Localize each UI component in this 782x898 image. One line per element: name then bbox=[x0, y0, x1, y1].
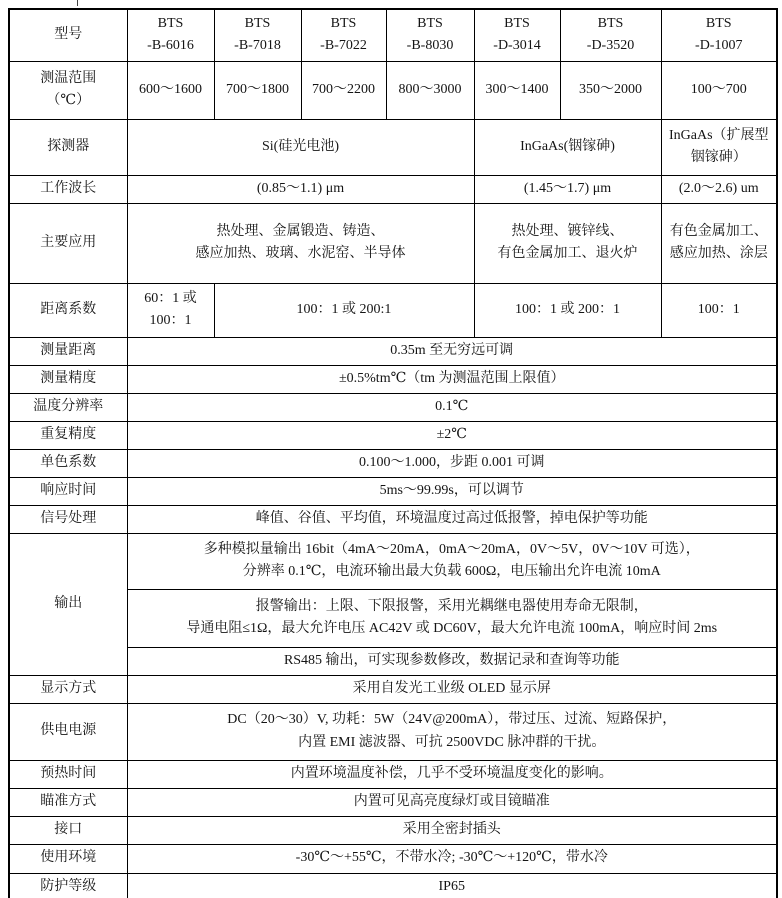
row-label-environment: 使用环境 bbox=[9, 844, 127, 873]
cell-range-d3014: 300～1400 bbox=[474, 61, 560, 119]
row-label-wavelength: 工作波长 bbox=[9, 175, 127, 203]
row-wavelength: 工作波长 (0.85～1.1) μm (1.45～1.7) μm (2.0～2.… bbox=[9, 175, 777, 203]
row-measure-distance: 测量距离 0.35m 至无穷远可调 bbox=[9, 337, 777, 365]
row-temp-range: 测温范围 （℃） 600～1600 700～1800 700～2200 800～… bbox=[9, 61, 777, 119]
cell-range-b7022: 700～2200 bbox=[301, 61, 386, 119]
cell-wavelength-d-ext: (2.0～2.6) um bbox=[661, 175, 777, 203]
row-environment: 使用环境 -30℃～+55℃，不带水冷; -30℃～+120℃，带水冷 bbox=[9, 844, 777, 873]
cell-range-b7018: 700～1800 bbox=[214, 61, 301, 119]
row-label-temp-range: 测温范围 （℃） bbox=[9, 61, 127, 119]
cell-detector-ingaas: InGaAs(铟镓砷) bbox=[474, 119, 661, 175]
cell-temp-resolution: 0.1℃ bbox=[127, 393, 777, 421]
cell-output-rs485: RS485 输出，可实现参数修改，数据记录和查询等功能 bbox=[127, 647, 777, 675]
row-label-distance-ratio: 距离系数 bbox=[9, 283, 127, 337]
cell-aiming-mode: 内置可见高亮度绿灯或目镜瞄准 bbox=[127, 788, 777, 816]
row-aiming-mode: 瞄准方式 内置可见高亮度绿灯或目镜瞄准 bbox=[9, 788, 777, 816]
row-label-emissivity: 单色系数 bbox=[9, 449, 127, 477]
row-label-detector: 探测器 bbox=[9, 119, 127, 175]
row-label-protection-rating: 防护等级 bbox=[9, 873, 127, 898]
row-label-accuracy: 测量精度 bbox=[9, 365, 127, 393]
row-model: 型号 BTS -B-6016 BTS -B-7018 BTS -B-7022 B… bbox=[9, 9, 777, 61]
cell-response-time: 5ms～99.99s，可以调节 bbox=[127, 477, 777, 505]
row-applications: 主要应用 热处理、金属锻造、铸造、 感应加热、玻璃、水泥窑、半导体 热处理、镀锌… bbox=[9, 203, 777, 283]
row-distance-ratio: 距离系数 60：1 或 100：1 100：1 或 200:1 100：1 或 … bbox=[9, 283, 777, 337]
cell-distance-ratio-2: 100：1 或 200:1 bbox=[214, 283, 474, 337]
cell-display-mode: 采用自发光工业级 OLED 显示屏 bbox=[127, 675, 777, 703]
row-temp-resolution: 温度分辨率 0.1℃ bbox=[9, 393, 777, 421]
cell-model-b7022: BTS -B-7022 bbox=[301, 9, 386, 61]
row-label-aiming-mode: 瞄准方式 bbox=[9, 788, 127, 816]
cell-model-b8030: BTS -B-8030 bbox=[386, 9, 474, 61]
cell-applications-d-ext: 有色金属加工、感应加热、涂层 bbox=[661, 203, 777, 283]
row-label-response-time: 响应时间 bbox=[9, 477, 127, 505]
row-label-power-supply: 供电电源 bbox=[9, 703, 127, 760]
cell-range-b6016: 600～1600 bbox=[127, 61, 214, 119]
cell-detector-si: Si(硅光电池) bbox=[127, 119, 474, 175]
cell-range-d3520: 350～2000 bbox=[560, 61, 661, 119]
row-label-output: 输出 bbox=[9, 533, 127, 675]
cell-emissivity: 0.100～1.000，步距 0.001 可调 bbox=[127, 449, 777, 477]
cell-distance-ratio-1: 60：1 或 100：1 bbox=[127, 283, 214, 337]
row-emissivity: 单色系数 0.100～1.000，步距 0.001 可调 bbox=[9, 449, 777, 477]
row-power-supply: 供电电源 DC（20～30）V, 功耗：5W（24V@200mA），带过压、过流… bbox=[9, 703, 777, 760]
row-label-repeatability: 重复精度 bbox=[9, 421, 127, 449]
row-label-measure-distance: 测量距离 bbox=[9, 337, 127, 365]
row-display-mode: 显示方式 采用自发光工业级 OLED 显示屏 bbox=[9, 675, 777, 703]
spec-table: 型号 BTS -B-6016 BTS -B-7018 BTS -B-7022 B… bbox=[8, 8, 778, 898]
cell-environment: -30℃～+55℃，不带水冷; -30℃～+120℃，带水冷 bbox=[127, 844, 777, 873]
cell-power-supply: DC（20～30）V, 功耗：5W（24V@200mA），带过压、过流、短路保护… bbox=[127, 703, 777, 760]
spec-sheet-page: 型号 BTS -B-6016 BTS -B-7018 BTS -B-7022 B… bbox=[0, 0, 782, 898]
cell-distance-ratio-4: 100：1 bbox=[661, 283, 777, 337]
cell-repeatability: ±2℃ bbox=[127, 421, 777, 449]
row-label-display-mode: 显示方式 bbox=[9, 675, 127, 703]
cell-measure-distance: 0.35m 至无穷远可调 bbox=[127, 337, 777, 365]
cell-output-alarm: 报警输出：上限、下限报警，采用光耦继电器使用寿命无限制， 导通电阻≤1Ω，最大允… bbox=[127, 589, 777, 647]
cell-model-d3014: BTS -D-3014 bbox=[474, 9, 560, 61]
cell-applications-d: 热处理、镀锌线、 有色金属加工、退火炉 bbox=[474, 203, 661, 283]
page-tick-mark bbox=[77, 0, 78, 6]
cell-output-analog: 多种模拟量输出 16bit（4mA～20mA，0mA～20mA，0V～5V，0V… bbox=[127, 533, 777, 589]
row-response-time: 响应时间 5ms～99.99s，可以调节 bbox=[9, 477, 777, 505]
cell-model-d3520: BTS -D-3520 bbox=[560, 9, 661, 61]
row-label-signal-processing: 信号处理 bbox=[9, 505, 127, 533]
row-label-temp-resolution: 温度分辨率 bbox=[9, 393, 127, 421]
row-label-model: 型号 bbox=[9, 9, 127, 61]
row-accuracy: 测量精度 ±0.5%tm℃（tm 为测温范围上限值） bbox=[9, 365, 777, 393]
cell-range-d1007: 100～700 bbox=[661, 61, 777, 119]
cell-detector-ingaas-ext: InGaAs（扩展型铟镓砷） bbox=[661, 119, 777, 175]
row-label-interface: 接口 bbox=[9, 816, 127, 844]
row-output-analog: 输出 多种模拟量输出 16bit（4mA～20mA，0mA～20mA，0V～5V… bbox=[9, 533, 777, 589]
cell-wavelength-d: (1.45～1.7) μm bbox=[474, 175, 661, 203]
row-label-applications: 主要应用 bbox=[9, 203, 127, 283]
row-label-warmup-time: 预热时间 bbox=[9, 760, 127, 788]
row-interface: 接口 采用全密封插头 bbox=[9, 816, 777, 844]
cell-applications-b: 热处理、金属锻造、铸造、 感应加热、玻璃、水泥窑、半导体 bbox=[127, 203, 474, 283]
cell-warmup-time: 内置环境温度补偿，几乎不受环境温度变化的影响。 bbox=[127, 760, 777, 788]
cell-interface: 采用全密封插头 bbox=[127, 816, 777, 844]
cell-accuracy: ±0.5%tm℃（tm 为测温范围上限值） bbox=[127, 365, 777, 393]
row-warmup-time: 预热时间 内置环境温度补偿，几乎不受环境温度变化的影响。 bbox=[9, 760, 777, 788]
cell-distance-ratio-3: 100：1 或 200：1 bbox=[474, 283, 661, 337]
row-signal-processing: 信号处理 峰值、谷值、平均值，环境温度过高过低报警，掉电保护等功能 bbox=[9, 505, 777, 533]
row-detector: 探测器 Si(硅光电池) InGaAs(铟镓砷) InGaAs（扩展型铟镓砷） bbox=[9, 119, 777, 175]
cell-wavelength-b: (0.85～1.1) μm bbox=[127, 175, 474, 203]
cell-range-b8030: 800～3000 bbox=[386, 61, 474, 119]
cell-model-d1007: BTS -D-1007 bbox=[661, 9, 777, 61]
row-repeatability: 重复精度 ±2℃ bbox=[9, 421, 777, 449]
row-protection-rating: 防护等级 IP65 bbox=[9, 873, 777, 898]
cell-protection-rating: IP65 bbox=[127, 873, 777, 898]
cell-model-b6016: BTS -B-6016 bbox=[127, 9, 214, 61]
cell-signal-processing: 峰值、谷值、平均值，环境温度过高过低报警，掉电保护等功能 bbox=[127, 505, 777, 533]
cell-model-b7018: BTS -B-7018 bbox=[214, 9, 301, 61]
